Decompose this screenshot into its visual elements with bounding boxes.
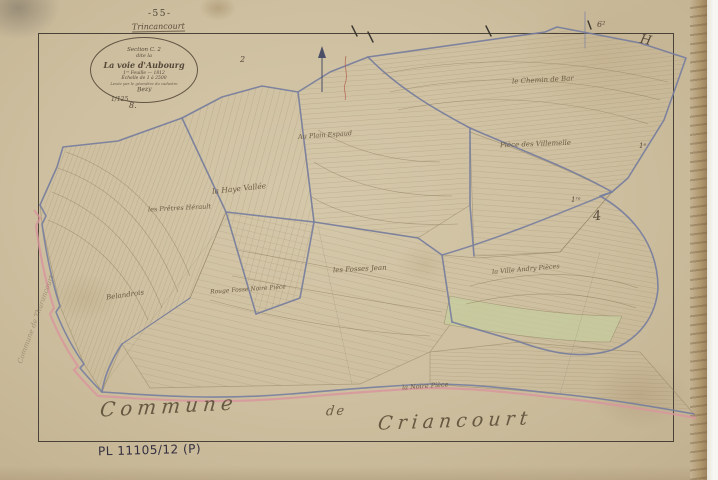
sheet-number: -55- [148,9,172,19]
scanned-cadastral-map: -55- Trincancourt Section C. 2 dite la L… [0,0,718,480]
title-cartouche: Section C. 2 dite la La voie d'Aubourg 1… [90,37,198,103]
margin-mark-1e: 1ᵉ [639,142,646,150]
cartouche-dite: dite la [136,53,152,59]
margin-mark-2: 2 [240,55,245,64]
archival-reference-stamp: PL 11105/12 (P) [98,442,201,459]
bottom-title-de: de [325,404,347,420]
cartouche-lieu-dit: La voie d'Aubourg [103,60,184,70]
margin-fraction: 1/125 [111,96,128,103]
margin-mark-1re: 1ʳᵉ [571,196,581,204]
cartouche-signature: Bezy [137,86,152,94]
margin-mark-8: 8. [129,101,137,110]
sheet-commune-name: Trincancourt [132,22,185,33]
margin-mark-6-2: 6² [597,20,605,29]
